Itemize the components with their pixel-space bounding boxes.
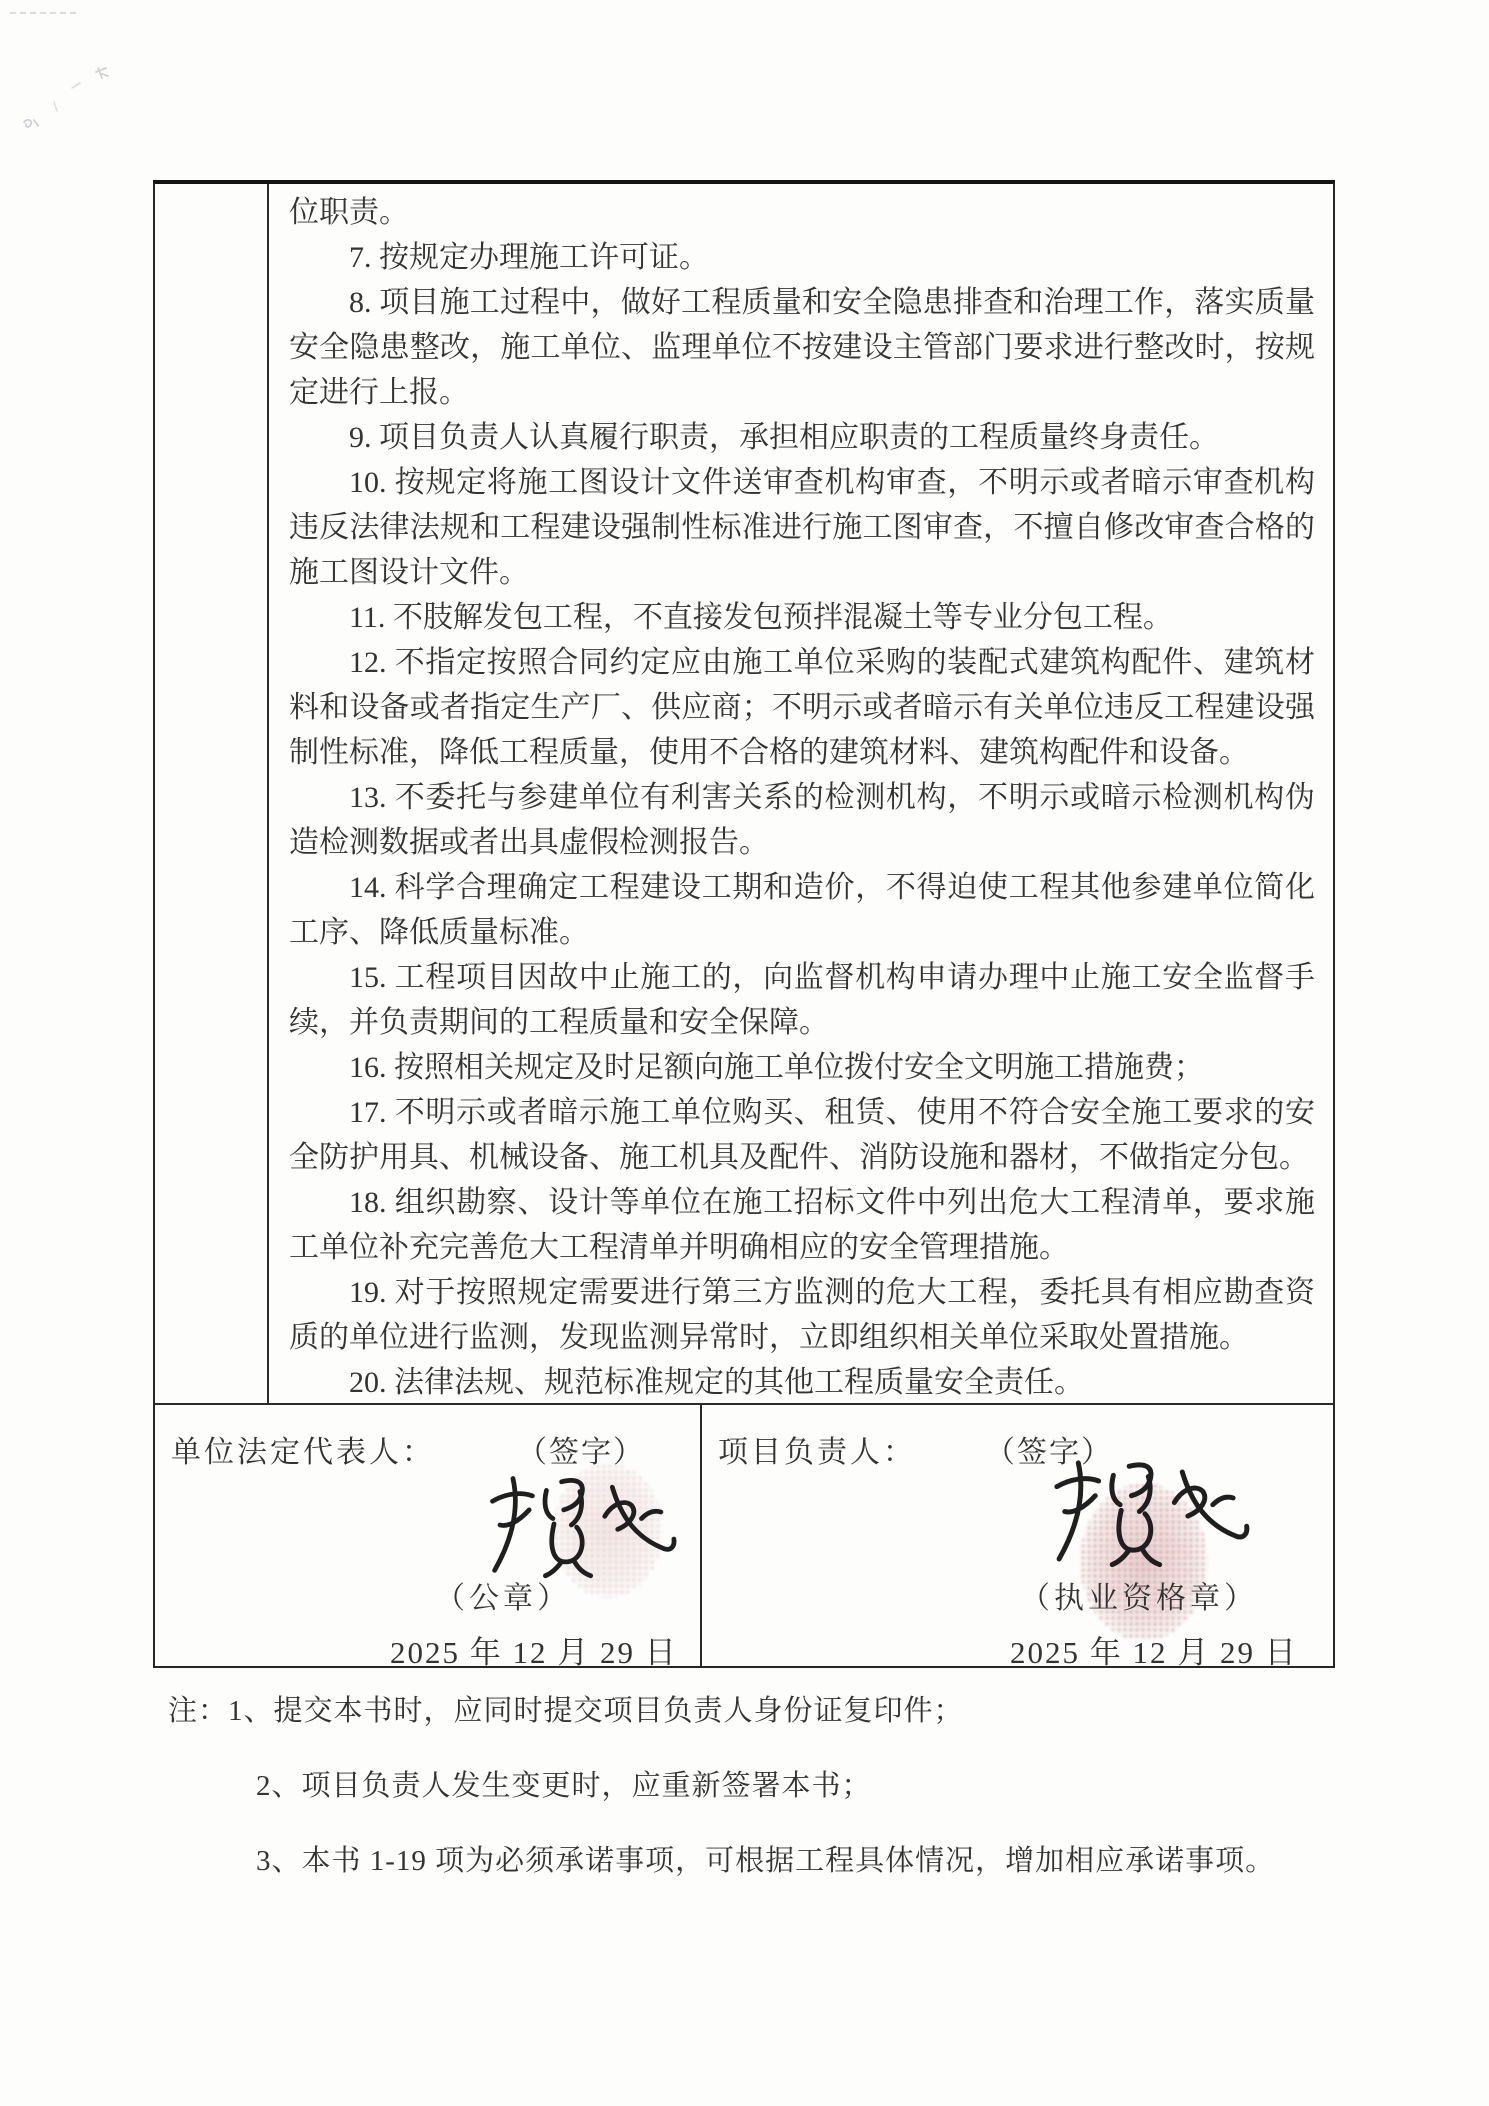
commitment-item-15: 15. 工程项目因故中止施工的，向监督机构申请办理中止施工安全监督手续，并负责期… bbox=[289, 955, 1315, 1045]
sign-here-hint: （签字） bbox=[517, 1427, 645, 1471]
commitment-item-20: 20. 法律法规、规范标准规定的其他工程质量安全责任。 bbox=[289, 1360, 1315, 1403]
footnote-1: 注：1、提交本书时，应同时提交项目负责人身份证复印件； bbox=[168, 1694, 1275, 1728]
practice-qualification-seal-hint: （执业资格章） bbox=[1020, 1573, 1258, 1617]
project-manager-date: 2025 年 12 月 29 日 bbox=[1010, 1627, 1298, 1672]
footnotes: 注：1、提交本书时，应同时提交项目负责人身份证复印件； 2、项目负责人发生变更时… bbox=[168, 1694, 1275, 1919]
commitment-item-7: 7. 按规定办理施工许可证。 bbox=[289, 235, 1315, 280]
scan-artifact-dashed-line bbox=[10, 12, 76, 14]
table-left-column-empty bbox=[155, 184, 269, 1403]
commitment-table: 位职责。 7. 按规定办理施工许可证。 8. 项目施工过程中，做好工程质量和安全… bbox=[153, 180, 1335, 1668]
commitment-content: 位职责。 7. 按规定办理施工许可证。 8. 项目施工过程中，做好工程质量和安全… bbox=[269, 184, 1333, 1403]
footnote-prefix: 注： bbox=[168, 1695, 228, 1727]
project-manager-label: 项目负责人： bbox=[718, 1427, 916, 1471]
footnote-3: 3、本书 1-19 项为必须承诺事项，可根据工程具体情况，增加相应承诺事项。 bbox=[168, 1844, 1275, 1878]
footnote-2: 2、项目负责人发生变更时，应重新签署本书； bbox=[168, 1769, 1275, 1803]
commitment-item-12: 12. 不指定按照合同约定应由施工单位采购的装配式建筑构配件、建筑材料和设备或者… bbox=[289, 640, 1315, 775]
commitment-body-row: 位职责。 7. 按规定办理施工许可证。 8. 项目施工过程中，做好工程质量和安全… bbox=[155, 184, 1333, 1403]
commitment-item-18: 18. 组织勘察、设计等单位在施工招标文件中列出危大工程清单，要求施工单位补充完… bbox=[289, 1180, 1315, 1270]
project-manager-cell: 项目负责人： （签字） （执业资格章） bbox=[702, 1405, 1333, 1666]
project-manager-signature bbox=[1047, 1455, 1252, 1568]
pencil-marks bbox=[12, 50, 132, 140]
signature-row: 单位法定代表人： （签字） （公章） bbox=[155, 1403, 1333, 1666]
legal-representative-signature bbox=[483, 1471, 679, 1579]
commitment-item-13: 13. 不委托与参建单位有利害关系的检测机构，不明示或暗示检测机构伪造检测数据或… bbox=[289, 775, 1315, 865]
commitment-item-9: 9. 项目负责人认真履行职责，承担相应职责的工程质量终身责任。 bbox=[289, 415, 1315, 460]
commitment-item-14: 14. 科学合理确定工程建设工期和造价，不得迫使工程其他参建单位简化工序、降低质… bbox=[289, 865, 1315, 955]
continuation-line: 位职责。 bbox=[289, 190, 1315, 235]
scanned-document-page: 位职责。 7. 按规定办理施工许可证。 8. 项目施工过程中，做好工程质量和安全… bbox=[0, 0, 1489, 2106]
legal-representative-label: 单位法定代表人： bbox=[171, 1427, 435, 1471]
footnote-1-text: 1、提交本书时，应同时提交项目负责人身份证复印件； bbox=[228, 1695, 964, 1727]
commitment-item-16: 16. 按照相关规定及时足额向施工单位拨付安全文明施工措施费； bbox=[289, 1045, 1315, 1090]
legal-representative-date: 2025 年 12 月 29 日 bbox=[390, 1627, 678, 1672]
commitment-item-19: 19. 对于按照规定需要进行第三方监测的危大工程，委托具有相应勘查资质的单位进行… bbox=[289, 1270, 1315, 1360]
company-seal-hint: （公章） bbox=[435, 1573, 571, 1617]
commitment-item-11: 11. 不肢解发包工程，不直接发包预拌混凝土等专业分包工程。 bbox=[289, 595, 1315, 640]
commitment-item-10: 10. 按规定将施工图设计文件送审查机构审查，不明示或者暗示审查机构违反法律法规… bbox=[289, 460, 1315, 595]
legal-representative-cell: 单位法定代表人： （签字） （公章） bbox=[155, 1405, 702, 1666]
commitment-item-17: 17. 不明示或者暗示施工单位购买、租赁、使用不符合安全施工要求的安全防护用具、… bbox=[289, 1090, 1315, 1180]
commitment-item-8: 8. 项目施工过程中，做好工程质量和安全隐患排查和治理工作，落实质量安全隐患整改… bbox=[289, 280, 1315, 415]
